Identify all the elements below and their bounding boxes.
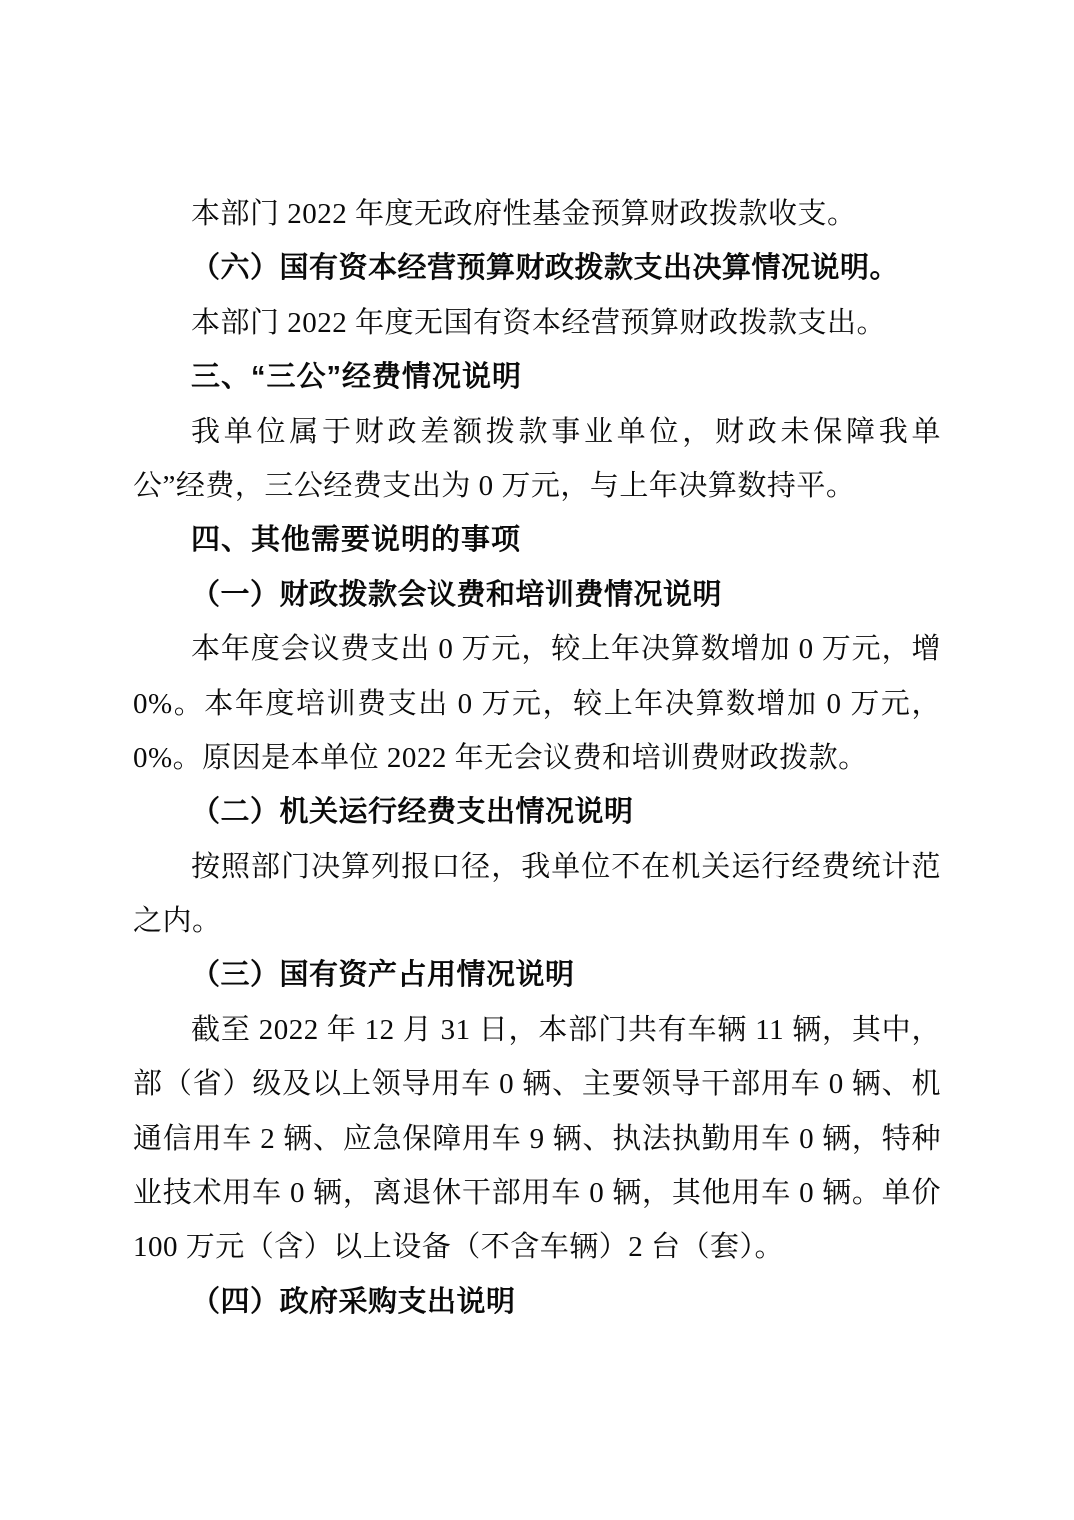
heading-line: （六）国有资本经营预算财政拨款支出决算情况说明。 — [133, 241, 941, 295]
text-line: 通信用车 2 辆、应急保障用车 9 辆、执法执勤用车 0 辆，特种专 — [133, 1112, 941, 1166]
heading-line: （二）机关运行经费支出情况说明 — [133, 785, 941, 839]
text-line: 公”经费，三公经费支出为 0 万元，与上年决算数持平。 — [133, 459, 941, 513]
text-line: 截至 2022 年 12 月 31 日，本部门共有车辆 11 辆，其中，副 — [133, 1003, 941, 1057]
document-page: 本部门 2022 年度无政府性基金预算财政拨款收支。（六）国有资本经营预算财政拨… — [0, 0, 1074, 1520]
text-line: 我单位属于财政差额拨款事业单位，财政未保障我单位“三 — [133, 405, 941, 459]
document-content: 本部门 2022 年度无政府性基金预算财政拨款收支。（六）国有资本经营预算财政拨… — [133, 187, 941, 1329]
text-line: 业技术用车 0 辆，离退休干部用车 0 辆，其他用车 0 辆。单价 — [133, 1166, 941, 1220]
heading-line: （一）财政拨款会议费和培训费情况说明 — [133, 568, 941, 622]
heading-line: 四、其他需要说明的事项 — [133, 513, 941, 567]
heading-line: 三、“三公”经费情况说明 — [133, 350, 941, 404]
text-line: 0%。原因是本单位 2022 年无会议费和培训费财政拨款。 — [133, 731, 941, 785]
text-line: 100 万元（含）以上设备（不含车辆）2 台（套）。 — [133, 1220, 941, 1274]
text-line: 本年度会议费支出 0 万元，较上年决算数增加 0 万元，增长 — [133, 622, 941, 676]
text-line: 0%。本年度培训费支出 0 万元，较上年决算数增加 0 万元，增长 — [133, 677, 941, 731]
text-line: 按照部门决算列报口径，我单位不在机关运行经费统计范围 — [133, 840, 941, 894]
text-line: 本部门 2022 年度无政府性基金预算财政拨款收支。 — [133, 187, 941, 241]
text-line: 部（省）级及以上领导用车 0 辆、主要领导干部用车 0 辆、机要 — [133, 1057, 941, 1111]
text-line: 之内。 — [133, 894, 941, 948]
text-line: 本部门 2022 年度无国有资本经营预算财政拨款支出。 — [133, 296, 941, 350]
heading-line: （四）政府采购支出说明 — [133, 1275, 941, 1329]
heading-line: （三）国有资产占用情况说明 — [133, 948, 941, 1002]
